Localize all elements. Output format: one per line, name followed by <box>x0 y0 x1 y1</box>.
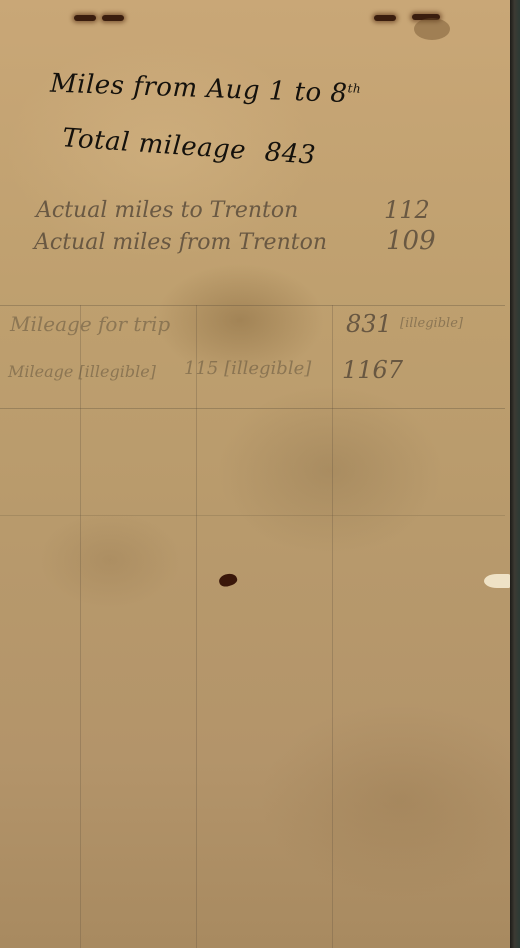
notebook-page: Miles from Aug 1 to 8th Total mileage 84… <box>0 0 510 948</box>
rule-column <box>332 305 333 948</box>
total-mileage-value: 843 <box>264 137 317 170</box>
mileage-for-trip-value: 831 <box>346 310 392 338</box>
rule-line <box>0 305 505 306</box>
heading-miles-from-aug: Miles from Aug 1 to 8th <box>50 69 362 110</box>
staple-right-a <box>374 15 396 21</box>
miles-from-trenton-label: Actual miles from Trenton <box>34 230 327 255</box>
paper-tear <box>484 574 510 588</box>
notebook-spine <box>510 0 520 948</box>
rule-line <box>0 408 505 409</box>
stain <box>414 18 450 40</box>
total-mileage-label: Total mileage <box>61 123 247 166</box>
rule-column <box>80 305 81 948</box>
miles-heading-superscript: th <box>347 81 361 95</box>
total-mileage-line: Total mileage 843 <box>61 123 317 171</box>
paper-hole <box>218 572 239 589</box>
miles-to-trenton-line: Actual miles to Trenton <box>36 198 298 223</box>
mileage-total-value: 1167 <box>342 356 403 384</box>
rule-column <box>196 305 197 948</box>
rule-line <box>0 515 505 516</box>
mileage-for-trip-label: Mileage for trip <box>10 312 170 336</box>
miles-from-trenton-line: Actual miles from Trenton <box>34 230 327 255</box>
staple-left-a <box>74 15 96 21</box>
miles-to-trenton-value: 112 <box>384 196 430 224</box>
mileage-middle-value: 115 [illegible] <box>184 358 311 379</box>
miles-heading-text: Miles from Aug 1 to 8 <box>50 69 348 109</box>
staple-left-b <box>102 15 124 21</box>
miles-to-trenton-label: Actual miles to Trenton <box>36 198 298 223</box>
miles-from-trenton-value: 109 <box>386 226 436 256</box>
mileage-label: Mileage [illegible] <box>8 362 156 381</box>
mileage-for-trip-note: [illegible] <box>400 316 463 331</box>
